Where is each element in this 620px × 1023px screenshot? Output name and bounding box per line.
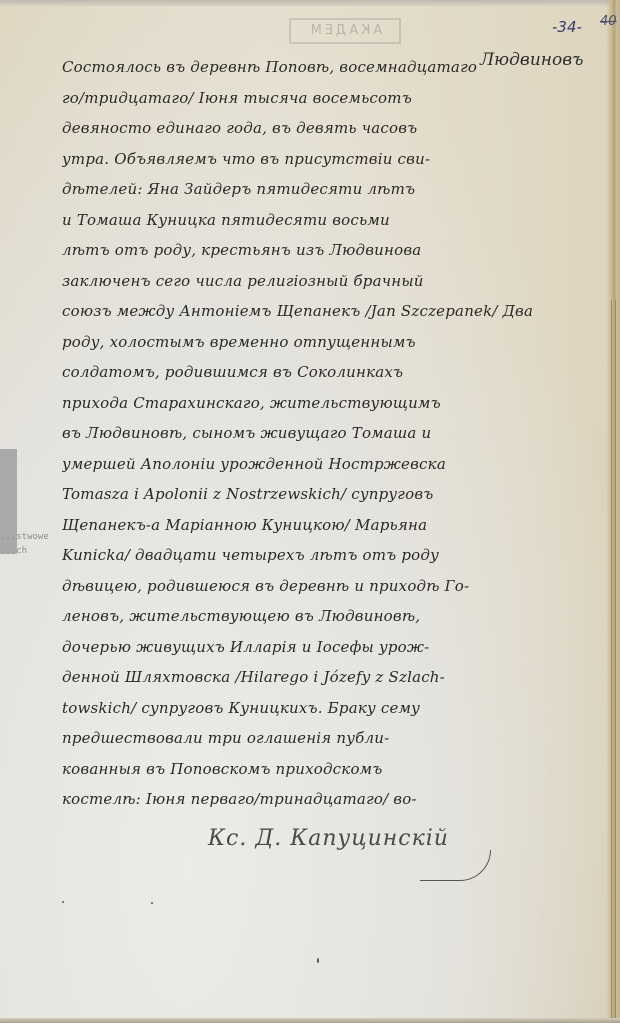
paper-speck — [317, 958, 319, 963]
record-line: лѣтъ отъ роду, крестьянъ изъ Людвинова — [62, 235, 532, 266]
record-line: дѣтелей: Яна Зайдеръ пятидесяти лѣтъ — [62, 174, 532, 205]
old-page-number: 40 — [600, 14, 617, 29]
record-line: и Томаша Куницка пятидесяти восьми — [62, 205, 532, 236]
page-binding-edge — [606, 0, 620, 1023]
record-line: го/тридцатаго/ Іюня тысяча восемьсотъ — [62, 83, 532, 114]
record-line: заключенъ сего числа религіозный брачный — [62, 266, 532, 297]
record-line: девяносто единаго года, въ девять часовъ — [62, 113, 532, 144]
archive-stamp: АКАДЕМ — [289, 18, 401, 44]
record-line: прихода Старахинскаго, жительствующимъ — [62, 388, 532, 419]
signature-flourish — [420, 850, 491, 881]
record-line: союзъ между Антоніемъ Щепанекъ /Jan Szcz… — [62, 296, 532, 327]
page-bottom-edge — [0, 1018, 620, 1023]
paper-speck — [151, 902, 153, 904]
record-line: солдатомъ, родившимся въ Соколинкахъ — [62, 357, 532, 388]
record-line: утра. Объявляемъ что въ присутствіи сви- — [62, 144, 532, 175]
record-line: Состоялось въ деревнѣ Поповѣ, восемнадца… — [62, 52, 532, 83]
record-line: леновъ, жительствующею въ Людвиновѣ, — [62, 601, 532, 632]
record-line: Kunicka/ двадцати четырехъ лѣтъ отъ роду — [62, 540, 532, 571]
priest-signature: Кс. Д. Капуцинскій — [208, 826, 449, 851]
record-line: умершей Аполоніи урожденной Ностржевска — [62, 449, 532, 480]
record-line: въ Людвиновѣ, сыномъ живущаго Томаша и — [62, 418, 532, 449]
record-line: кованныя въ Поповскомъ приходскомъ — [62, 754, 532, 785]
record-line: дочерью живущихъ Илларія и Іосефы урож- — [62, 632, 532, 663]
page-number: -34- — [552, 18, 582, 36]
record-body: Состоялось въ деревнѣ Поповѣ, восемнадца… — [62, 52, 532, 815]
record-line: дѣвицею, родившеюся въ деревнѣ и приходѣ… — [62, 571, 532, 602]
record-line: роду, холостымъ временно отпущеннымъ — [62, 327, 532, 358]
record-line: костелѣ: Іюня перваго/тринадцатаго/ во- — [62, 784, 532, 815]
page-top-edge — [0, 0, 620, 6]
record-line: Щепанекъ-а Маріанною Куницкою/ Марьяна — [62, 510, 532, 541]
record-line: towskich/ супруговъ Куницкихъ. Браку сем… — [62, 693, 532, 724]
document-page: АКАДЕМ -34- 40 Людвиновъ ...stwowe ...ch… — [0, 0, 620, 1023]
record-line: Tomasza i Apolonii z Nostrzewskich/ супр… — [62, 479, 532, 510]
archive-watermark-text: ...stwowe ...ch — [0, 530, 50, 558]
paper-speck — [62, 901, 64, 903]
record-line: предшествовали три оглашенія публи- — [62, 723, 532, 754]
record-line: денной Шляхтовска /Hilarego i Józefy z S… — [62, 662, 532, 693]
